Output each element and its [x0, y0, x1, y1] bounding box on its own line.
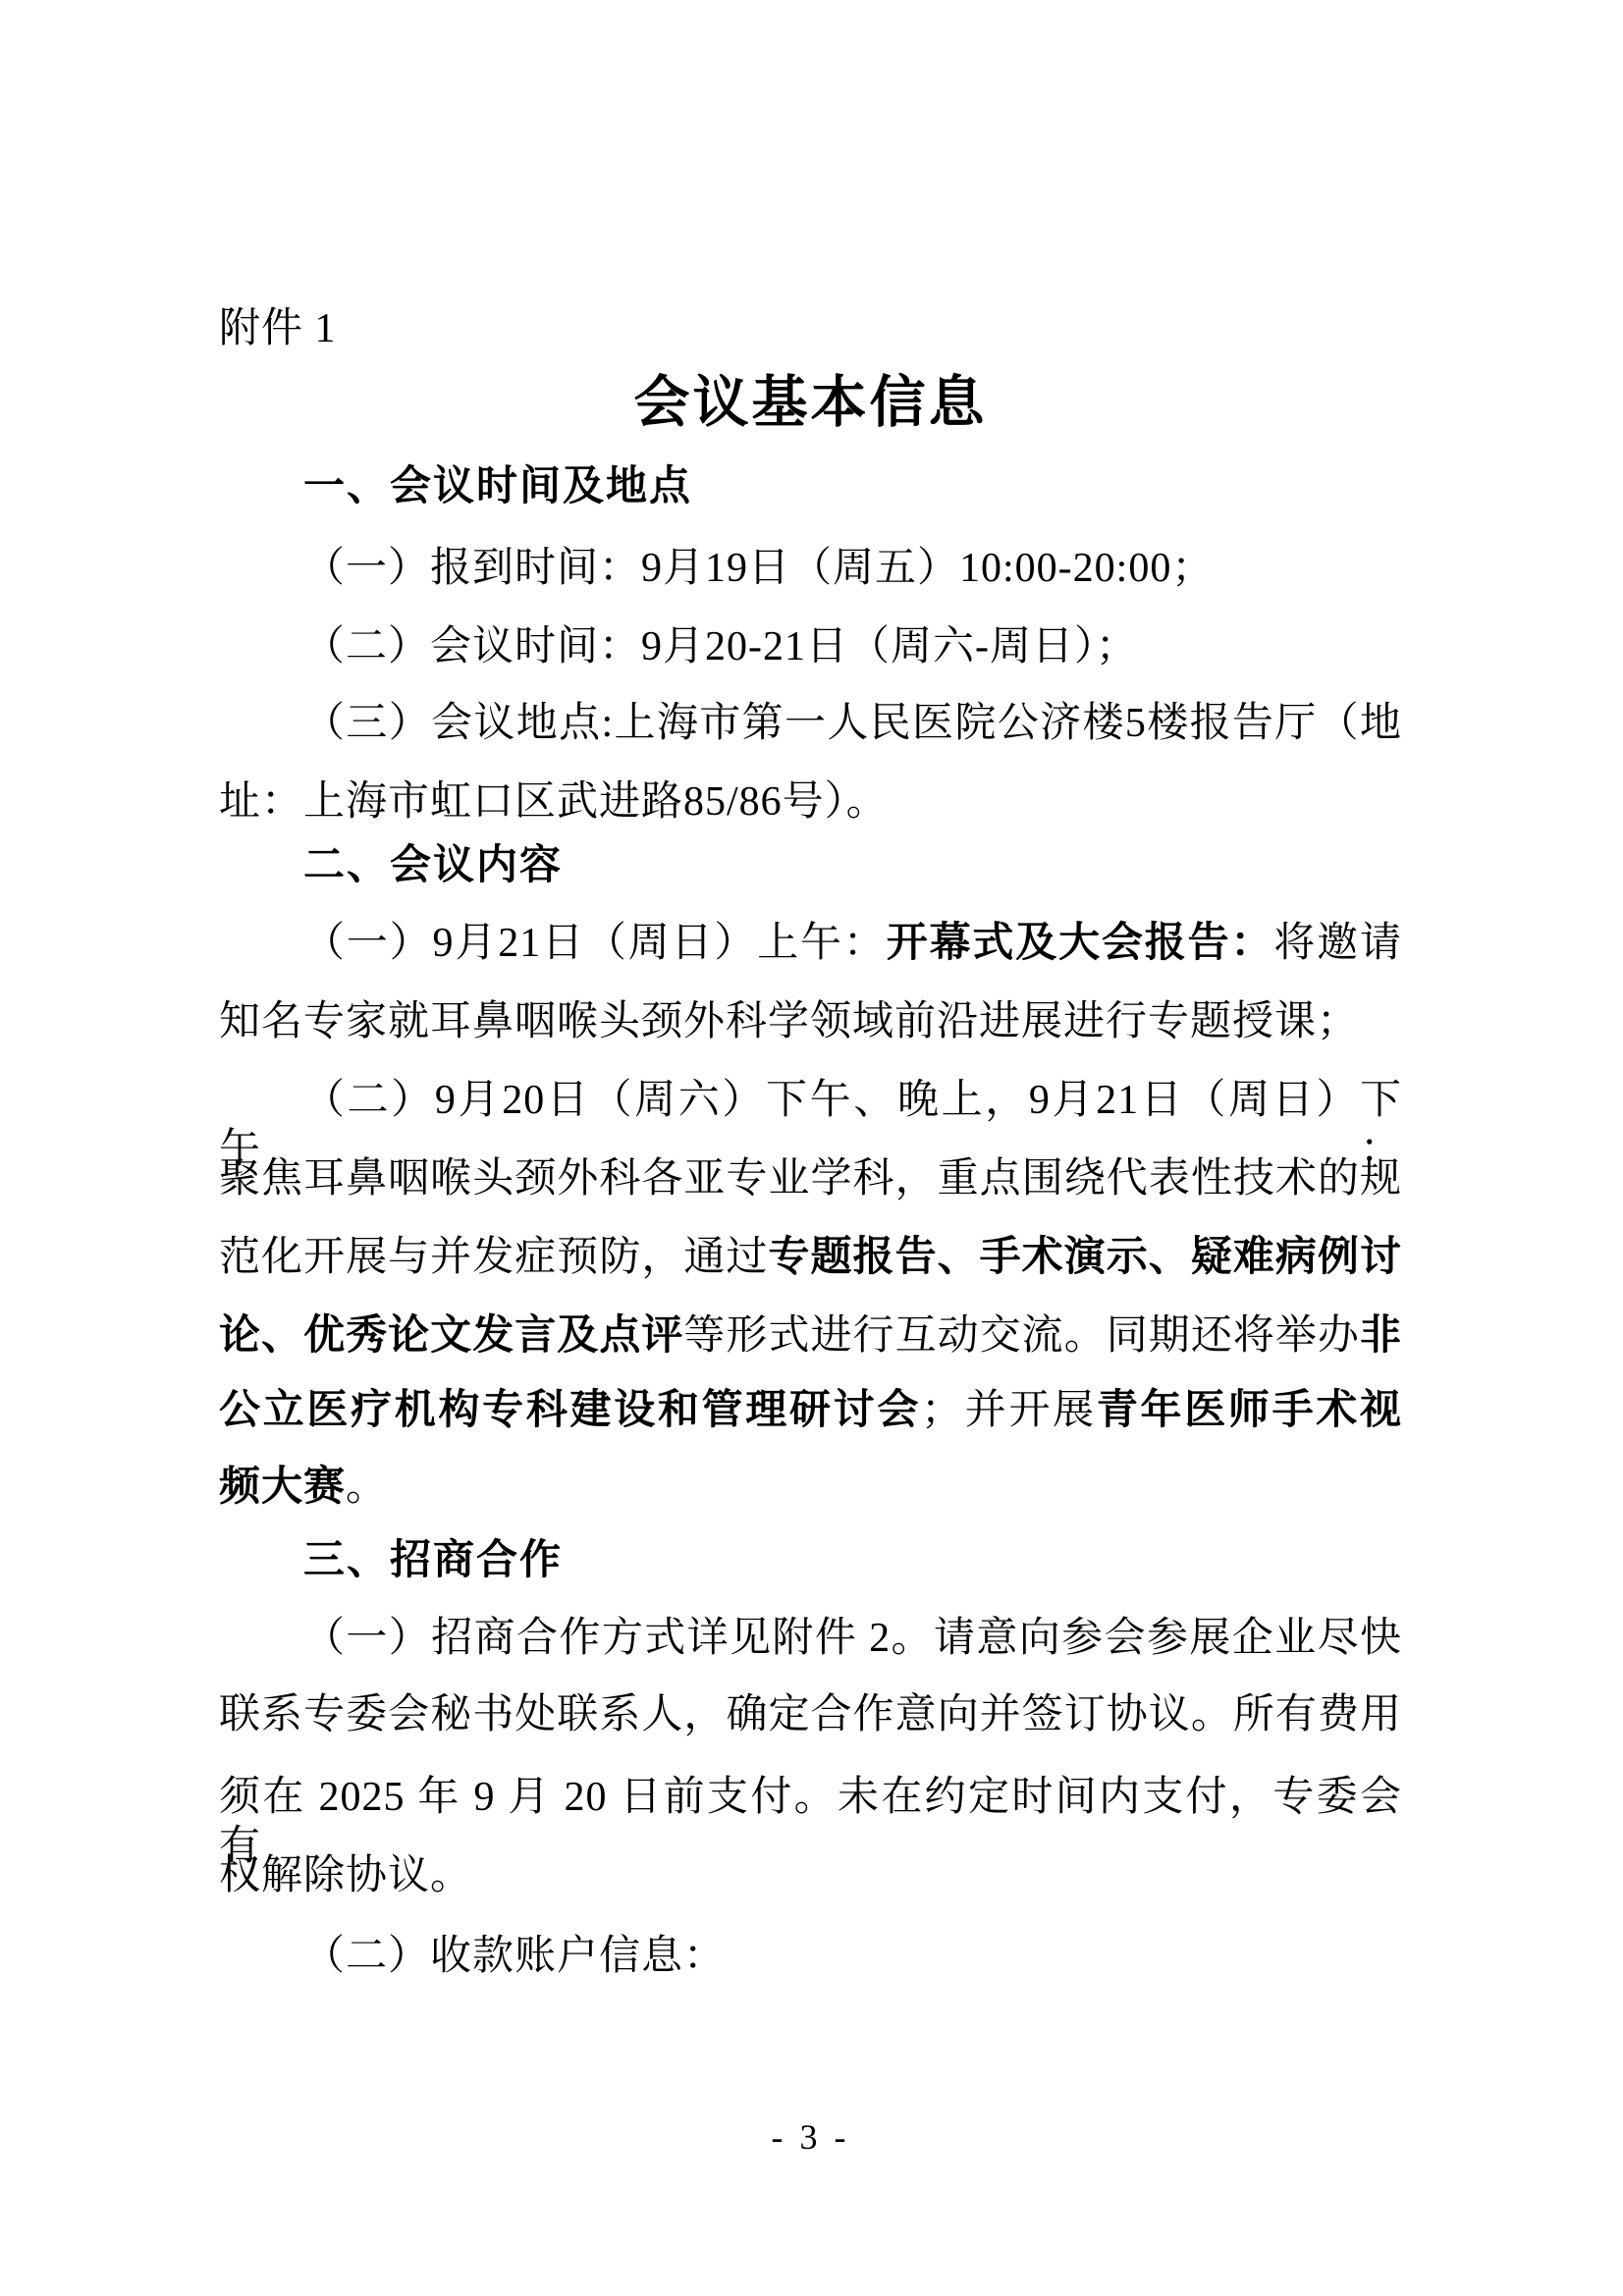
text-segment: 三、招商合作 — [303, 1536, 563, 1582]
section-heading-3: 三、招商合作 — [219, 1535, 1402, 1584]
text-segment: 将邀请 — [1273, 921, 1402, 966]
text-segment: （二）收款账户信息： — [303, 1934, 726, 1979]
text-segment: 范化开展与并发症预防，通过 — [219, 1235, 768, 1280]
body-line-agenda-8: 频大赛。 — [219, 1463, 1402, 1512]
text-segment: 附件 1 — [219, 306, 337, 351]
document-page: 附件 1 会议基本信息 一、会议时间及地点 （一）报到时间：9月19日（周五）1… — [0, 0, 1623, 2296]
text-segment: 聚焦耳鼻咽喉头颈外科各亚专业学科，重点围绕代表性技术的规 — [219, 1156, 1402, 1201]
body-line-agenda-1: （一）9月21日（周日）上午：开幕式及大会报告：将邀请 — [219, 919, 1402, 968]
text-segment: （一）招商合作方式详见附件 2。请意向参会参展企业尽快 — [303, 1616, 1402, 1661]
body-line-cooperation-4: 权解除协议。 — [219, 1851, 1402, 1900]
text-segment-bold: 专题报告、手术演示、疑难病例讨 — [768, 1235, 1402, 1280]
text-segment: 址：上海市虹口区武进路85/86号）。 — [219, 779, 889, 825]
body-line-agenda-6: 论、优秀论文发言及点评等形式进行互动交流。同期还将举办非 — [219, 1311, 1402, 1361]
text-segment: （一）9月21日（周日）上午： — [303, 921, 887, 966]
text-segment: 联系专委会秘书处联系人，确定合作意向并签订协议。所有费用 — [219, 1692, 1402, 1737]
body-line-registration-time: （一）报到时间：9月19日（周五）10:00-20:00； — [219, 544, 1402, 593]
text-segment: 等形式进行互动交流。同期还将举办 — [683, 1313, 1360, 1359]
section-heading-1: 一、会议时间及地点 — [219, 461, 1402, 510]
text-segment-bold: 公立医疗机构专科建设和管理研讨会 — [219, 1388, 921, 1433]
body-line-account-info: （二）收款账户信息： — [219, 1932, 1402, 1981]
text-segment: 二、会议内容 — [303, 841, 563, 887]
attachment-label: 附件 1 — [219, 304, 1402, 353]
text-segment: - 3 - — [772, 2117, 850, 2157]
body-line-agenda-7: 公立医疗机构专科建设和管理研讨会；并开展青年医师手术视 — [219, 1386, 1402, 1435]
text-segment: （二）会议时间：9月20-21日（周六-周日）； — [303, 624, 1138, 669]
body-line-meeting-place-1: （三）会议地点:上海市第一人民医院公济楼5楼报告厅（地 — [219, 699, 1402, 748]
text-segment: 权解除协议。 — [219, 1853, 472, 1898]
text-segment-bold: 频大赛 — [219, 1465, 346, 1510]
text-segment: ；并开展 — [921, 1388, 1097, 1433]
section-heading-2: 二、会议内容 — [219, 840, 1402, 889]
body-line-agenda-4: 聚焦耳鼻咽喉头颈外科各亚专业学科，重点围绕代表性技术的规 — [219, 1154, 1402, 1203]
body-line-agenda-2: 知名专家就耳鼻咽喉头颈外科学领域前沿进展进行专题授课； — [219, 997, 1402, 1046]
text-segment-bold: 论、优秀论文发言及点评 — [219, 1313, 683, 1359]
page-number: - 3 - — [219, 2116, 1402, 2158]
text-segment-bold: 非 — [1360, 1313, 1402, 1359]
body-line-cooperation-2: 联系专委会秘书处联系人，确定合作意向并签订协议。所有费用 — [219, 1690, 1402, 1739]
text-segment: 。 — [346, 1465, 388, 1510]
body-line-agenda-5: 范化开展与并发症预防，通过专题报告、手术演示、疑难病例讨 — [219, 1233, 1402, 1282]
text-segment: 知名专家就耳鼻咽喉头颈外科学领域前沿进展进行专题授课； — [219, 999, 1359, 1044]
text-segment: （一）报到时间：9月19日（周五）10:00-20:00； — [303, 546, 1214, 591]
body-line-meeting-time: （二）会议时间：9月20-21日（周六-周日）； — [219, 622, 1402, 671]
document-title: 会议基本信息 — [219, 371, 1402, 436]
body-line-cooperation-1: （一）招商合作方式详见附件 2。请意向参会参展企业尽快 — [219, 1614, 1402, 1663]
text-segment-bold: 开幕式及大会报告： — [887, 921, 1274, 966]
text-segment-bold: 青年医师手术视 — [1097, 1388, 1402, 1433]
text-segment: 一、会议时间及地点 — [303, 462, 692, 508]
text-segment: 会议基本信息 — [634, 372, 988, 434]
body-line-meeting-place-2: 址：上海市虹口区武进路85/86号）。 — [219, 777, 1402, 827]
text-segment: （三）会议地点:上海市第一人民医院公济楼5楼报告厅（地 — [303, 701, 1402, 746]
